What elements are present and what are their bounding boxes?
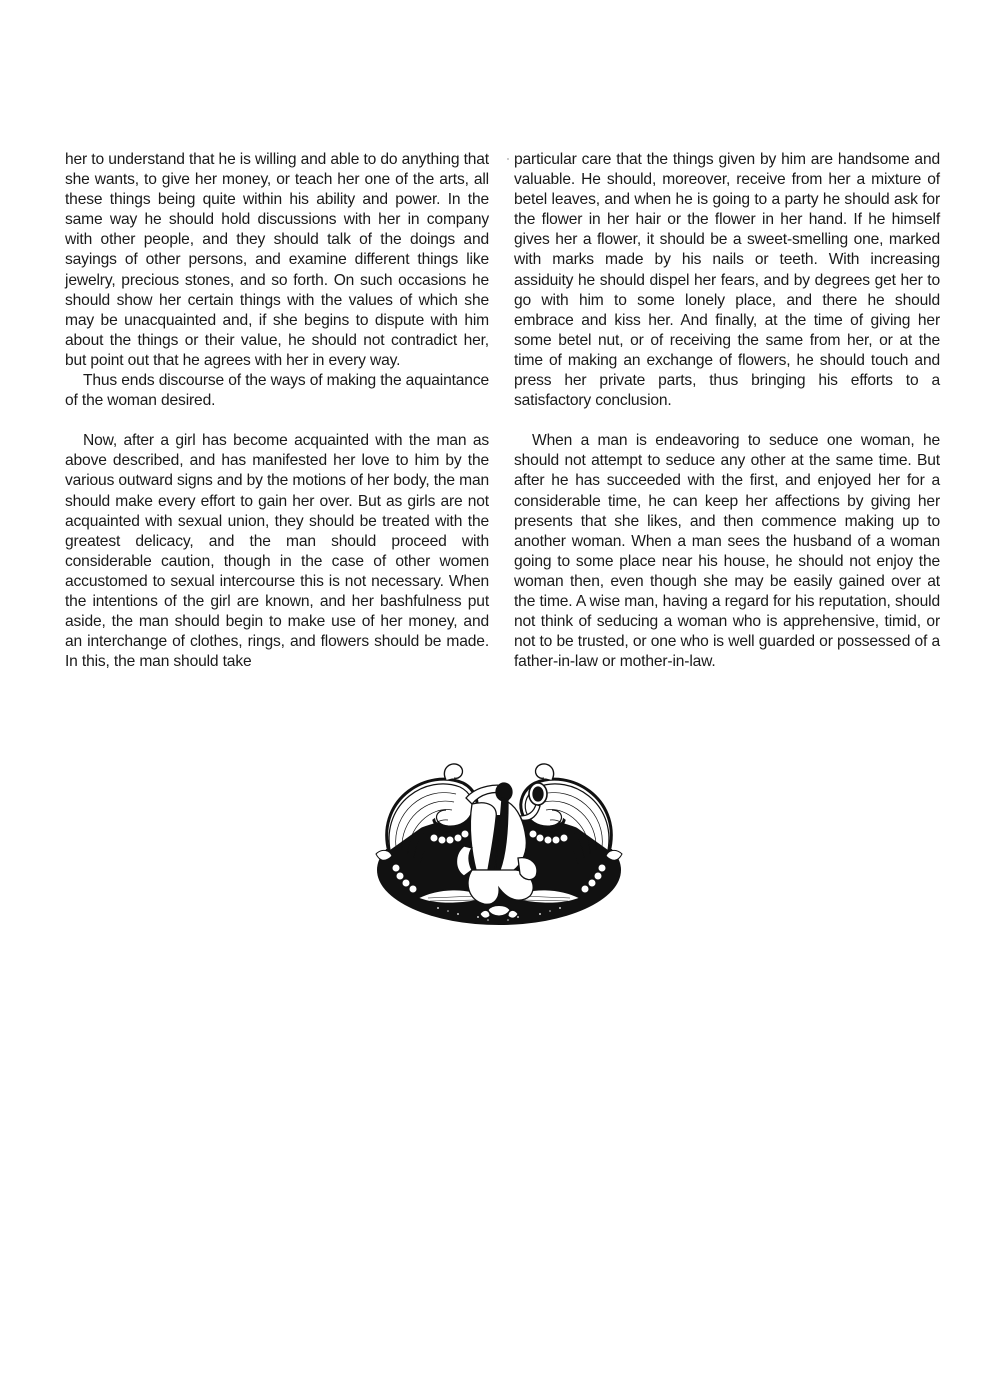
paragraph-continuation: particular care that the things given by… <box>514 150 940 411</box>
paragraph-continuation: her to understand that he is willing and… <box>65 150 489 371</box>
left-text-column: her to understand that he is willing and… <box>65 150 489 672</box>
scan-speck <box>507 158 509 160</box>
paragraph-body: Now, after a girl has become acquainted … <box>65 431 489 672</box>
right-text-column: particular care that the things given by… <box>514 150 940 672</box>
ornament-vignette-icon <box>368 758 630 928</box>
paragraph-section-end: Thus ends discourse of the ways of makin… <box>65 371 489 411</box>
paragraph-body: When a man is endeavoring to seduce one … <box>514 431 940 672</box>
